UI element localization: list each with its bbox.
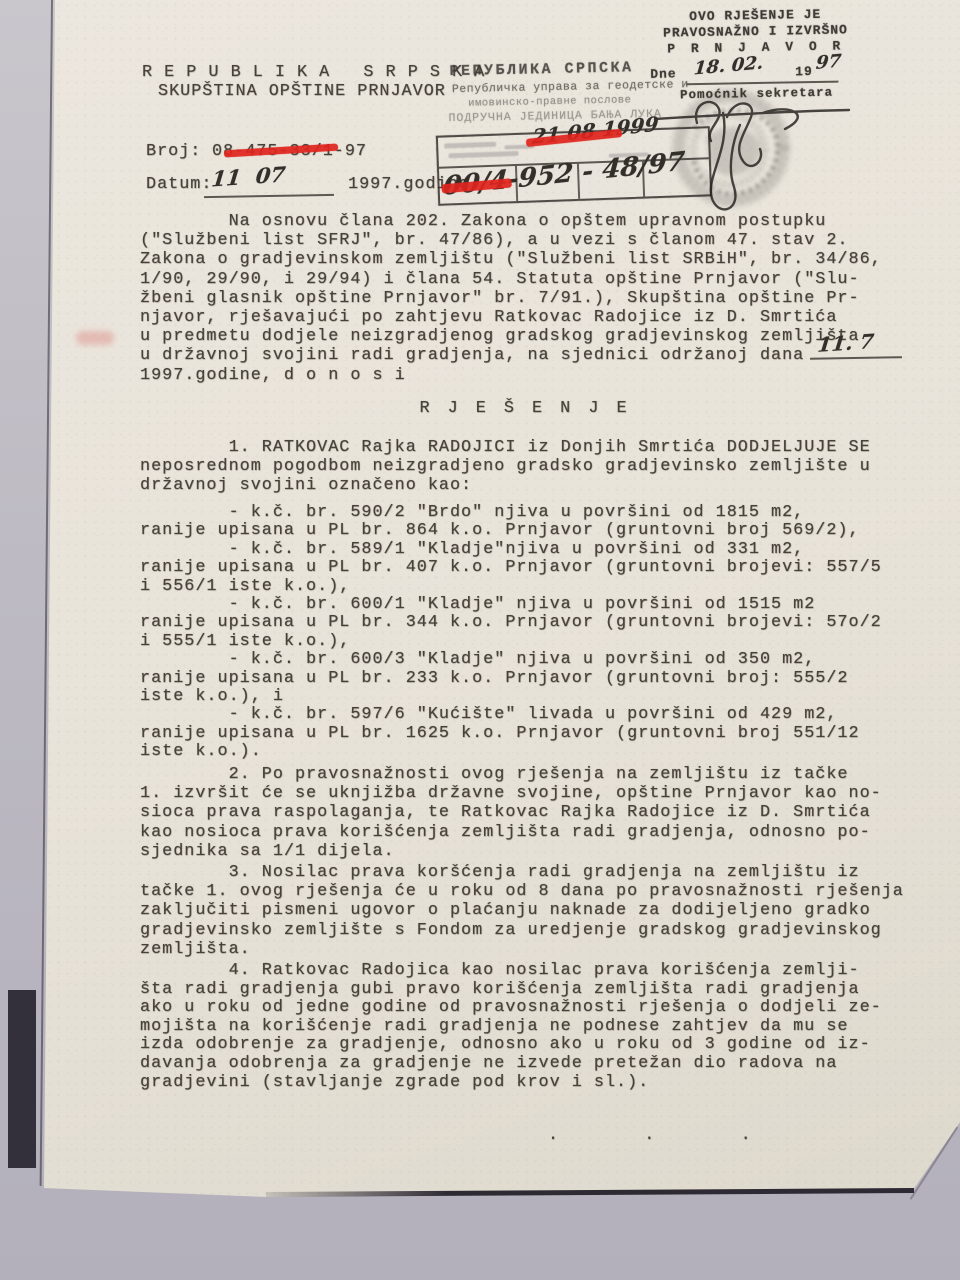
paragraph-intro: Na osnovu člana 202. Zakona o opštem upr… — [140, 212, 882, 385]
printed-year-prefix: 19 — [795, 64, 813, 80]
paragraph-item-4: 4. Ratkovac Radojica kao nosilac prava k… — [140, 962, 882, 1092]
parcel-list: - k.č. br. 590/2 "Brdo" njiva u površini… — [140, 504, 882, 762]
decision-heading: R J E Š E N J E — [140, 399, 910, 418]
case-number-label: Broj: — [146, 142, 201, 161]
ending-dots: . . . — [548, 1126, 765, 1145]
paragraph-item-2: 2. Po pravosnažnosti ovog rješenja na ze… — [140, 765, 882, 861]
date-label: Datum: — [146, 175, 212, 194]
red-margin-smudge — [76, 331, 114, 345]
faded-stamp-mark — [448, 151, 518, 158]
registry-stamp-box: 21 08 1999 00/4-952 - 48/97 — [436, 126, 712, 206]
handwritten-stamp-year: 97 — [815, 51, 842, 74]
handwritten-session-date: 11. 7 — [816, 329, 875, 357]
paragraph-item-3: 3. Nosilac prava koršćenja radi gradjenj… — [140, 863, 904, 959]
dark-strip — [8, 990, 36, 1168]
faded-stamp-mark — [444, 142, 496, 149]
handwritten-date: 11 07 — [210, 161, 286, 191]
paragraph-item-1: 1. RATKOVAC Rajka RADOJICI iz Donjih Smr… — [140, 438, 871, 496]
dne-label: Dne — [650, 66, 677, 82]
registry-bottom-visible: -952 - 48/97 — [507, 147, 686, 195]
document-photo: R E P U B L I K A S R P S K A SKUPŠTINA … — [0, 0, 960, 1280]
letterhead-republic: R E P U B L I K A S R P S K A — [142, 63, 485, 82]
letterhead-municipality: SKUPŠTINA OPŠTINE PRNJAVOR — [158, 82, 446, 101]
